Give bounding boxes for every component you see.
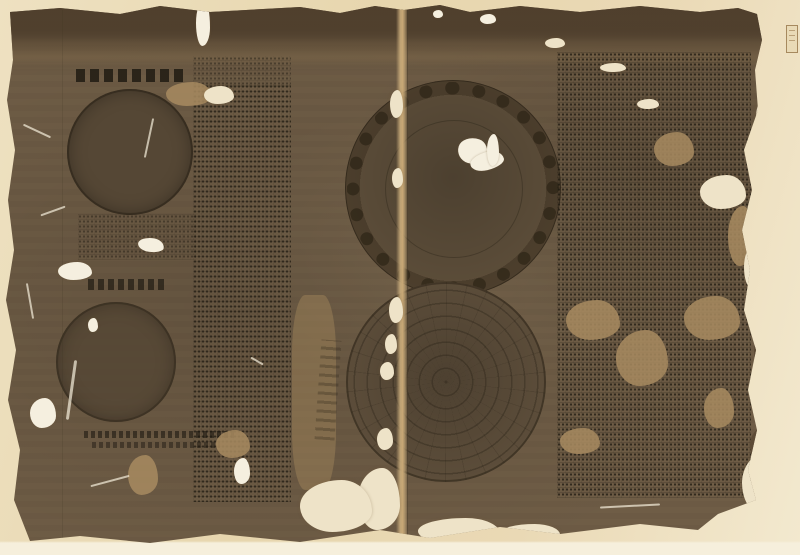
crease-scratch xyxy=(26,283,34,319)
loss-patch xyxy=(30,398,56,428)
left-caption-mid xyxy=(88,279,168,290)
abrasion-patch xyxy=(566,300,620,340)
upper-left-circle-diagram xyxy=(67,89,193,215)
crease-scratch xyxy=(90,475,129,487)
abrasion-patch xyxy=(704,388,734,428)
loss-patch xyxy=(756,98,770,138)
loss-patch xyxy=(433,10,443,18)
loss-patch xyxy=(380,362,394,380)
abrasion-patch xyxy=(216,430,250,458)
paper-fragment xyxy=(754,336,772,366)
loss-patch xyxy=(58,262,92,280)
left-small-text-block xyxy=(78,214,196,260)
left-caption-upper xyxy=(76,69,188,82)
loss-patch xyxy=(500,524,560,542)
loss-patch xyxy=(390,90,403,118)
left-text-column-top xyxy=(193,56,291,86)
abrasion-patch xyxy=(684,296,740,340)
loss-patch xyxy=(392,168,403,188)
loss-patch xyxy=(637,99,659,109)
margin-stamp xyxy=(786,25,798,53)
loss-patch xyxy=(418,518,500,544)
paper-fragment xyxy=(750,428,772,462)
lower-center-circle-chart xyxy=(346,282,546,482)
abrasion-patch xyxy=(128,455,158,495)
loss-patch xyxy=(300,480,372,532)
loss-patch xyxy=(480,14,496,24)
loss-patch xyxy=(88,318,98,332)
loss-patch xyxy=(204,86,234,104)
loss-patch xyxy=(377,428,393,450)
loss-patch xyxy=(389,297,403,323)
loss-patch xyxy=(742,452,786,514)
loss-patch xyxy=(545,38,565,48)
abrasion-patch xyxy=(728,206,754,266)
abrasion-patch xyxy=(654,132,694,166)
loss-patch xyxy=(744,246,760,288)
center-seam-line xyxy=(407,0,408,555)
loss-patch xyxy=(487,134,499,166)
scanned-chart-canvas xyxy=(0,0,800,555)
crease-scratch xyxy=(600,503,660,508)
loss-patch xyxy=(196,0,210,46)
loss-patch xyxy=(600,63,626,72)
abrasion-patch xyxy=(560,428,600,454)
chart-sheet xyxy=(0,0,800,555)
loss-patch xyxy=(700,175,746,209)
loss-patch xyxy=(234,458,250,484)
loss-patch xyxy=(385,334,397,354)
crease-scratch xyxy=(23,124,51,138)
abrasion-patch xyxy=(616,330,668,386)
